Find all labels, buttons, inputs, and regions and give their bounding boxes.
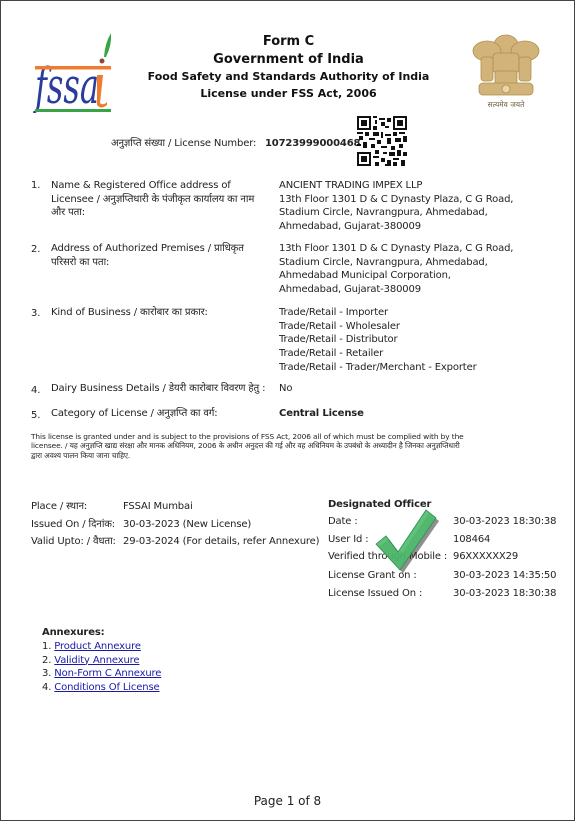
issue-row-place: Place / स्थान:FSSAI Mumbai xyxy=(31,498,319,516)
annexure-item: 4. Conditions Of License xyxy=(42,681,161,695)
item-value: ANCIENT TRADING IMPEX LLP 13th Floor 130… xyxy=(279,179,513,234)
item-label-line: और पता: xyxy=(51,206,254,220)
non-form-c-annexure-link[interactable]: Non-Form C Annexure xyxy=(54,668,161,679)
issue-details: Place / स्थान:FSSAI Mumbai Issued On / द… xyxy=(31,498,319,551)
annexure-item: 1. Product Annexure xyxy=(42,640,161,654)
officer-details: Date :30-03-2023 18:30:38 User Id :10846… xyxy=(328,515,556,604)
officer-row-date: Date :30-03-2023 18:30:38 xyxy=(328,515,556,533)
disclaimer: This license is granted under and is sub… xyxy=(31,432,464,460)
business-kind: Trade/Retail - Retailer xyxy=(279,347,477,361)
item-value: 13th Floor 1301 D & C Dynasty Plaza, C G… xyxy=(279,242,513,297)
business-kind: Trade/Retail - Trader/Merchant - Exporte… xyxy=(279,361,477,375)
business-kind: Trade/Retail - Importer xyxy=(279,306,477,320)
item-number: 5. xyxy=(31,409,40,423)
qr-code-icon xyxy=(357,116,407,166)
license-number-label: अनुज्ञप्ति संख्या / License Number: xyxy=(111,137,256,151)
item-value-line: Ahmedabad Municipal Corporation, xyxy=(279,269,513,283)
officer-row-user-id: User Id :108464 xyxy=(328,533,556,551)
licensee-name: ANCIENT TRADING IMPEX LLP xyxy=(279,179,513,193)
item-value-line: Ahmedabad, Gujarat-380009 xyxy=(279,283,513,297)
svg-text:सत्यमेव जयते: सत्यमेव जयते xyxy=(488,100,526,109)
item-label: Name & Registered Office address of Lice… xyxy=(51,179,254,220)
page-indicator: Page 1 of 8 xyxy=(1,794,574,808)
item-label-line: Licensee / अनुज्ञप्तिधारी के पंजीकृत कार… xyxy=(51,193,254,207)
item-label-line: Address of Authorized Premises / प्राधिक… xyxy=(51,242,244,256)
business-kind: Trade/Retail - Wholesaler xyxy=(279,320,477,334)
officer-row-issued-on: License Issued On :30-03-2023 18:30:38 xyxy=(328,587,556,605)
license-number-value: 10723999000468 xyxy=(265,137,360,151)
item-label-line: Name & Registered Office address of xyxy=(51,179,254,193)
annexure-list: 1. Product Annexure 2. Validity Annexure… xyxy=(42,640,161,695)
item-number: 4. xyxy=(31,384,40,398)
officer-row-grant-on: License Grant on :30-03-2023 14:35:50 xyxy=(328,569,556,587)
license-document-page: fssa Form C Government of India Food Saf… xyxy=(0,0,575,821)
item-value-line: 13th Floor 1301 D & C Dynasty Plaza, C G… xyxy=(279,193,513,207)
item-label: Kind of Business / कारोबार का प्रकार: xyxy=(51,306,208,320)
item-number: 3. xyxy=(31,307,40,321)
annexures-title: Annexures: xyxy=(42,626,105,640)
item-label: Dairy Business Details / डेयरी कारोबार व… xyxy=(51,382,265,396)
national-emblem-icon: सत्यमेव जयते xyxy=(463,29,549,111)
annexure-item: 2. Validity Annexure xyxy=(42,654,161,668)
business-kind: Trade/Retail - Distributor xyxy=(279,333,477,347)
officer-row-verified: Verified through Mobile :96XXXXXX29 xyxy=(328,550,556,569)
disclaimer-line: This license is granted under and is sub… xyxy=(31,432,464,441)
issue-row-issued-on: Issued On / दिनांक:30-03-2023 (New Licen… xyxy=(31,516,319,534)
item-number: 2. xyxy=(31,243,40,257)
item-label: Address of Authorized Premises / प्राधिक… xyxy=(51,242,244,269)
validity-annexure-link[interactable]: Validity Annexure xyxy=(54,655,139,666)
item-value: Trade/Retail - Importer Trade/Retail - W… xyxy=(279,306,477,375)
item-label: Category of License / अनुज्ञप्ति का वर्ग… xyxy=(51,407,217,421)
item-value-line: 13th Floor 1301 D & C Dynasty Plaza, C G… xyxy=(279,242,513,256)
conditions-of-license-link[interactable]: Conditions Of License xyxy=(54,682,159,693)
checkmark-icon xyxy=(373,507,439,573)
annexure-item: 3. Non-Form C Annexure xyxy=(42,667,161,681)
product-annexure-link[interactable]: Product Annexure xyxy=(54,641,141,652)
license-category: Central License xyxy=(279,407,364,421)
item-value-line: Stadium Circle, Navrangpura, Ahmedabad, xyxy=(279,256,513,270)
item-value-line: Ahmedabad, Gujarat-380009 xyxy=(279,220,513,234)
issue-row-valid-upto: Valid Upto: / वैधता:29-03-2024 (For deta… xyxy=(31,533,319,551)
disclaimer-line: द्वारा अवश्य पालन किया जाना चाहिए. xyxy=(31,451,464,460)
item-value-line: Stadium Circle, Navrangpura, Ahmedabad, xyxy=(279,206,513,220)
item-value: No xyxy=(279,382,292,396)
item-number: 1. xyxy=(31,179,40,193)
disclaimer-line: licensee. / यह अनुज्ञप्ति खाद्य संरक्षा … xyxy=(31,441,464,450)
item-label-line: परिसरो का पता: xyxy=(51,256,244,270)
